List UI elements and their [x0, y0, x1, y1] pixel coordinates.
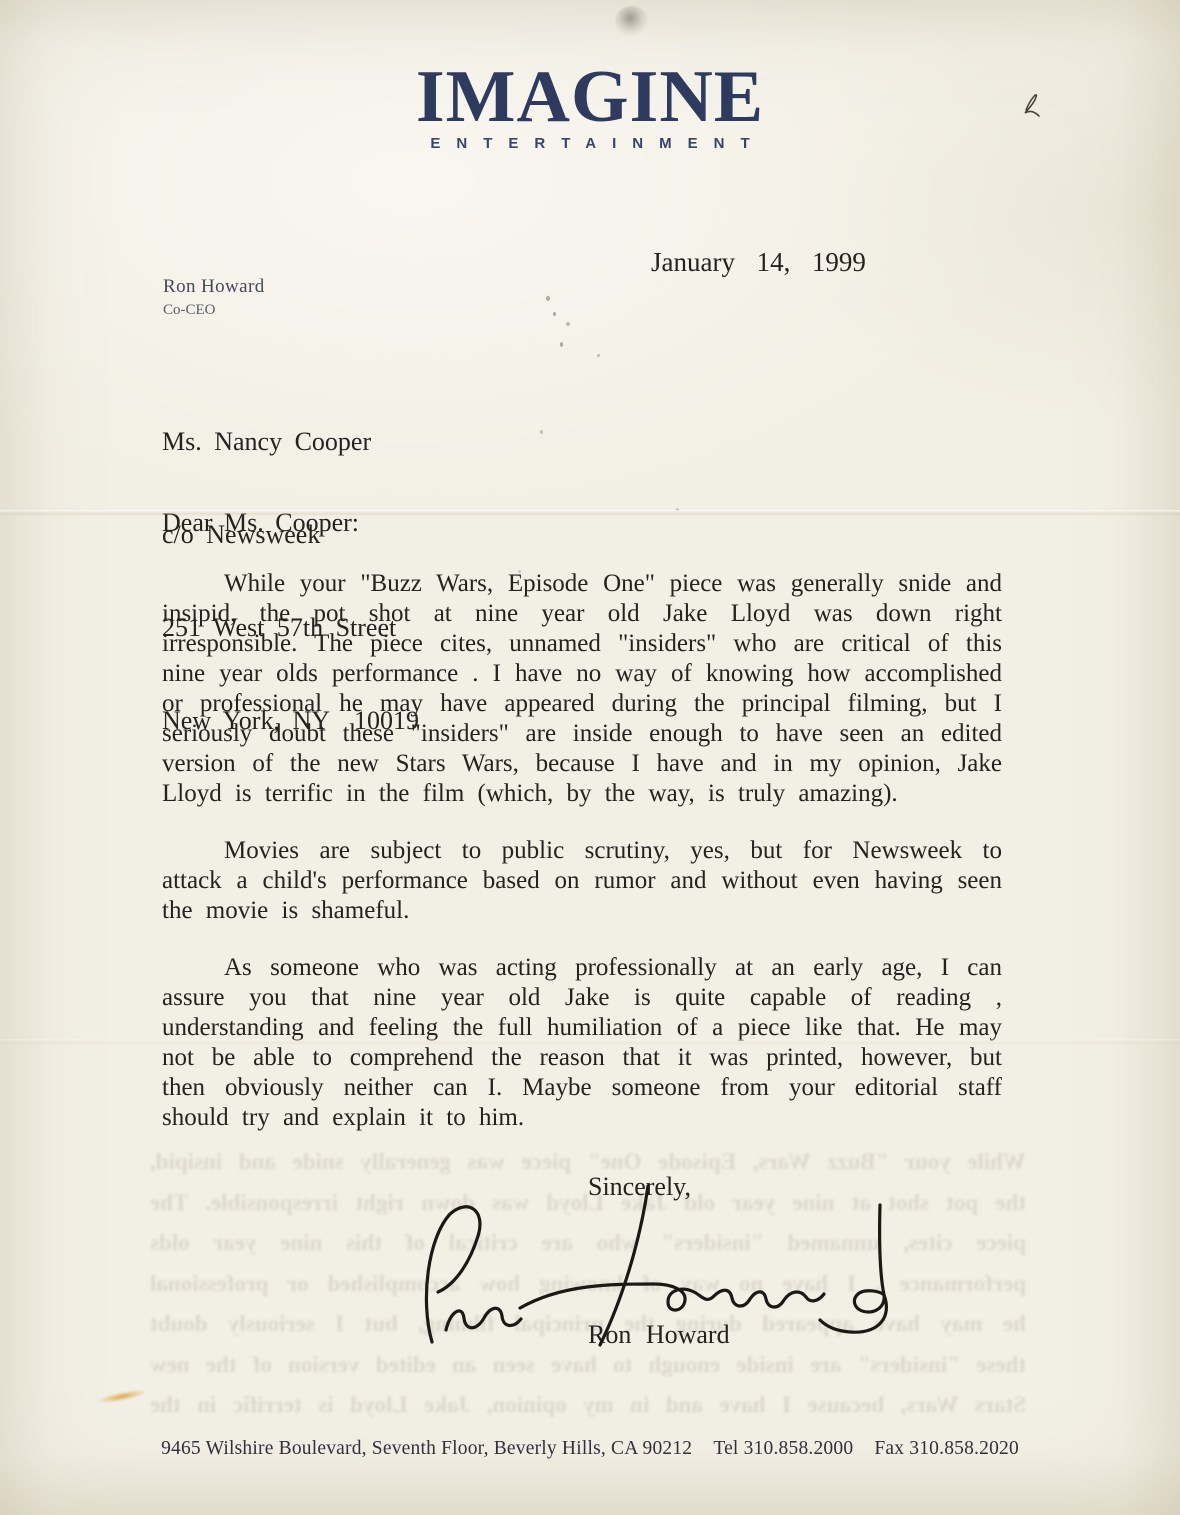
- sender-name: Ron Howard: [163, 275, 265, 299]
- letter-body: While your "Buzz Wars, Episode One" piec…: [162, 569, 1002, 1160]
- imagine-logo-subtitle: ENTERTAINMENT: [0, 135, 1180, 152]
- ink-speck: [566, 322, 570, 326]
- footer-fax: Fax 310.858.2020: [874, 1438, 1019, 1459]
- highlighter-mark: [97, 1387, 148, 1405]
- sender-title: Co-CEO: [163, 299, 265, 321]
- imagine-logo-wordmark: IMAGINE: [0, 60, 1180, 134]
- ink-speck: [540, 430, 543, 434]
- recipient-name: Ms. Nancy Cooper: [162, 426, 419, 457]
- ink-smudge-mark: [615, 6, 649, 36]
- ink-speck: [546, 296, 550, 301]
- letter-paragraph-1: While your "Buzz Wars, Episode One" piec…: [162, 569, 1002, 809]
- footer-address: 9465 Wilshire Boulevard, Seventh Floor, …: [161, 1438, 692, 1459]
- letter-paragraph-2: Movies are subject to public scrutiny, y…: [162, 836, 1002, 926]
- fold-crease-lower: [0, 1039, 1180, 1045]
- pen-scribble-mark: [1022, 88, 1046, 118]
- letterhead-footer: 9465 Wilshire Boulevard, Seventh Floor, …: [0, 1438, 1180, 1460]
- ink-speck: [560, 342, 563, 347]
- ink-speck: [597, 354, 600, 357]
- date-line: January 14, 1999: [651, 247, 866, 278]
- scanned-letter-page: IMAGINE ENTERTAINMENT While your "Buzz W…: [0, 0, 1180, 1515]
- fold-crease-upper: [0, 510, 1180, 516]
- signature-ron-howard: [402, 1180, 937, 1355]
- ink-speck: [553, 312, 556, 316]
- footer-telephone: Tel 310.858.2000: [713, 1438, 853, 1459]
- sender-block: Ron Howard Co-CEO: [163, 275, 265, 321]
